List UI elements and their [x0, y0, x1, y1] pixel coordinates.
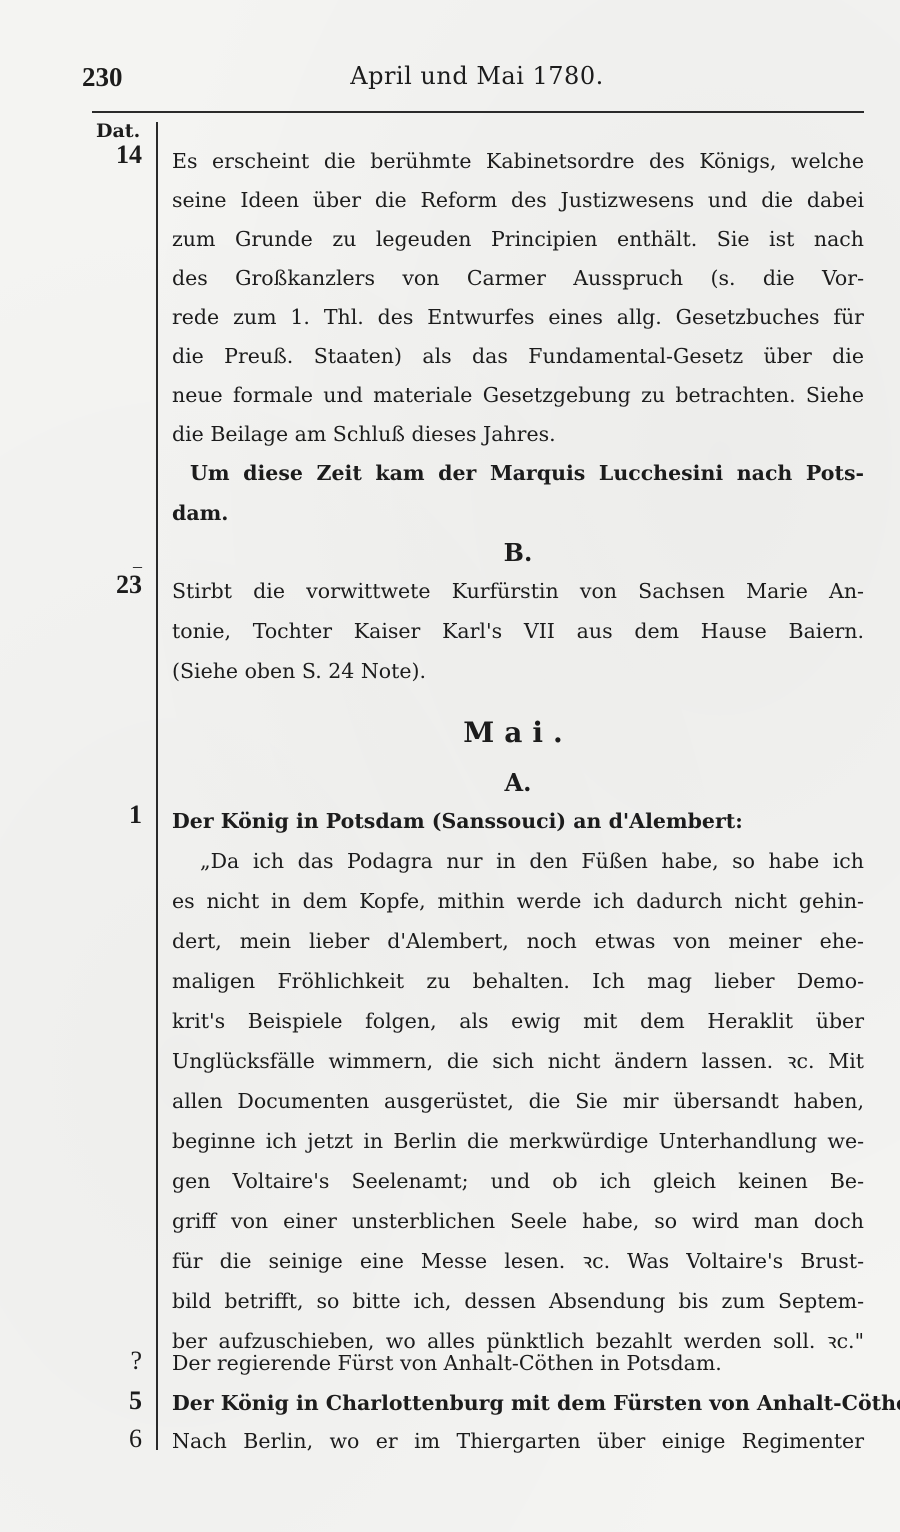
quote-line: für die seinige eine Messe lesen. ꝛc. Wa… [172, 1242, 864, 1280]
entry-date: 5 [88, 1386, 142, 1416]
header-rule [92, 111, 864, 113]
text-line: Der regierende Fürst von Anhalt-Cöthen i… [172, 1344, 864, 1382]
text-line: (Siehe oben S. 24 Note). [172, 652, 864, 690]
running-title: April und Mai 1780. [82, 62, 872, 90]
letter-intro: Der König in Potsdam (Sanssouci) an d'Al… [172, 802, 864, 840]
entry-date: 14 [88, 140, 142, 170]
date-column-label: Dat. [96, 120, 140, 142]
quote-line: gen Voltaire's Seelenamt; und ob ich gle… [172, 1162, 864, 1200]
section-heading-b: B. [172, 538, 864, 567]
quote-line: dert, mein lieber d'Alembert, noch etwas… [172, 922, 864, 960]
section-heading-a: A. [172, 768, 864, 797]
text-line: seine Ideen über die Reform des Justizwe… [172, 181, 864, 219]
entry-date: 23 [88, 570, 142, 600]
month-heading: Mai. [172, 716, 864, 749]
quote-line: maligen Fröhlichkeit zu behalten. Ich ma… [172, 962, 864, 1000]
quote-line: Unglücksfälle wimmern, die sich nicht än… [172, 1042, 864, 1080]
text-line: die Preuß. Staaten) als das Fundamental-… [172, 337, 864, 375]
text-line: neue formale und materiale Gesetzgebung … [172, 376, 864, 414]
quote-line: beginne ich jetzt in Berlin die merkwürd… [172, 1122, 864, 1160]
text-line: Um diese Zeit kam der Marquis Lucchesini… [190, 454, 864, 492]
text-line: Der König in Charlottenburg mit dem Fürs… [172, 1384, 864, 1422]
quote-line: griff von einer unsterblichen Seele habe… [172, 1202, 864, 1240]
date-column-rule [156, 122, 158, 1450]
text-line: dam. [172, 494, 864, 532]
text-line: die Beilage am Schluß dieses Jahres. [172, 415, 864, 453]
quote-line: bild betrifft, so bitte ich, dessen Abse… [172, 1282, 864, 1320]
text-line: Nach Berlin, wo er im Thiergarten über e… [172, 1422, 864, 1460]
text-line: Es erscheint die berühmte Kabinetsordre … [172, 142, 864, 180]
text-line: Stirbt die vorwittwete Kurfürstin von Sa… [172, 572, 864, 610]
text-line: zum Grunde zu legeuden Principien enthäl… [172, 220, 864, 258]
quote-line: allen Documenten ausgerüstet, die Sie mi… [172, 1082, 864, 1120]
entry-date: 6 [88, 1424, 142, 1454]
entry-date: 1 [88, 800, 142, 830]
text-line: des Großkanzlers von Carmer Ausspruch (s… [172, 259, 864, 297]
text-line: rede zum 1. Thl. des Entwurfes eines all… [172, 298, 864, 336]
quote-line: krit's Beispiele folgen, als ewig mit de… [172, 1002, 864, 1040]
text-line: tonie, Tochter Kaiser Karl's VII aus dem… [172, 612, 864, 650]
quote-line: „Da ich das Podagra nur in den Füßen hab… [200, 842, 864, 880]
quote-line: es nicht in dem Kopfe, mithin werde ich … [172, 882, 864, 920]
book-page: 230 April und Mai 1780. Dat. 14 Es ersch… [0, 0, 900, 1532]
page-header: 230 April und Mai 1780. [82, 62, 872, 102]
entry-date: ? [88, 1346, 142, 1376]
